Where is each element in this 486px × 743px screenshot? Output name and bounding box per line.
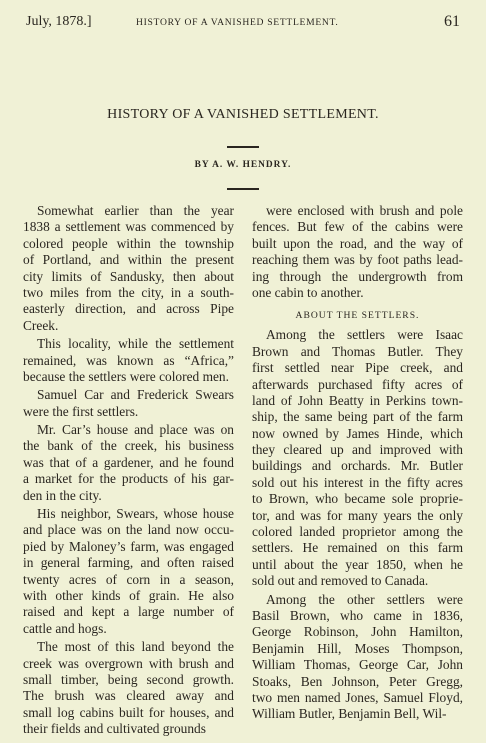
text-line: 1838 a settlement was commenced by xyxy=(23,219,234,235)
paragraph: Among the settlers were IsaacBrown and T… xyxy=(252,327,463,589)
paragraph: Somewhat earlier than the year1838 a set… xyxy=(23,203,234,334)
text-line: pied by Maloney’s farm, was engaged xyxy=(23,539,234,555)
text-line: with other kinds of grain. He also xyxy=(23,588,234,604)
text-line: built upon the road, and the way of xyxy=(252,236,463,252)
text-line: tor, and was for many years the only xyxy=(252,508,463,524)
text-line: buildings and orchards. Mr. Butler xyxy=(252,458,463,474)
text-line: one cabin to another. xyxy=(252,285,463,301)
text-line: fences. But few of the cabins were xyxy=(252,219,463,235)
left-column: Somewhat earlier than the year1838 a set… xyxy=(23,203,234,738)
text-line: Stoaks, Ben Johnson, Peter Gregg, xyxy=(252,674,463,690)
paragraph: Mr. Car’s house and place was onthe bank… xyxy=(23,422,234,504)
running-head: July, 1878.] HISTORY OF A VANISHED SETTL… xyxy=(26,12,460,32)
article-title: HISTORY OF A VANISHED SETTLEMENT. xyxy=(0,107,486,123)
text-line: remained, was known as “Africa,” xyxy=(23,353,234,369)
text-line: were the first settlers. xyxy=(23,404,234,420)
text-line: cattle and hogs. xyxy=(23,621,234,637)
text-line: now owned by James Hinde, which xyxy=(252,426,463,442)
text-line: small timber, being second growth. xyxy=(23,672,234,688)
text-line: two men named Jones, Samuel Floyd, xyxy=(252,690,463,706)
text-line: in general farming, and often raised xyxy=(23,555,234,571)
text-line: they cleared up and improved with xyxy=(252,442,463,458)
text-line: colored people within the township xyxy=(23,236,234,252)
paragraph: This locality, while the settlementremai… xyxy=(23,336,234,385)
text-line: ship, the same being part of the farm xyxy=(252,409,463,425)
divider-rule xyxy=(227,146,259,148)
page-number: 61 xyxy=(444,13,460,31)
section-body: Among the settlers were IsaacBrown and T… xyxy=(252,327,463,722)
text-line: Samuel Car and Frederick Swears xyxy=(23,387,234,403)
text-line: Creek. xyxy=(23,318,234,334)
right-column: were enclosed with brush and polefences.… xyxy=(252,203,463,723)
text-line: colored landed proprietor among the xyxy=(252,524,463,540)
text-line: creek was overgrown with brush and xyxy=(23,656,234,672)
text-line: were enclosed with brush and pole xyxy=(252,203,463,219)
text-line: small log cabins built for houses, and xyxy=(23,705,234,721)
text-line: Somewhat earlier than the year xyxy=(23,203,234,219)
text-line: settlers. He remained on this farm xyxy=(252,540,463,556)
section-subheading: ABOUT THE SETTLERS. xyxy=(252,305,463,327)
running-title: HISTORY OF A VANISHED SETTLEMENT. xyxy=(136,17,338,28)
text-line: of Portland, and within the present xyxy=(23,252,234,268)
text-line: Among the other settlers were xyxy=(252,592,463,608)
text-line: two miles from the city, in a south- xyxy=(23,285,234,301)
text-line: den in the city. xyxy=(23,488,234,504)
text-line: a market for the products of his gar- xyxy=(23,471,234,487)
text-line: Mr. Car’s house and place was on xyxy=(23,422,234,438)
scanned-page: July, 1878.] HISTORY OF A VANISHED SETTL… xyxy=(0,0,486,743)
text-line: sold out and removed to Canada. xyxy=(252,573,463,589)
text-line: William Butler, Benjamin Bell, Wil- xyxy=(252,706,463,722)
text-line: Benjamin Hill, Moses Thompson, xyxy=(252,641,463,657)
text-line: and place was on the land now occu- xyxy=(23,522,234,538)
text-line: until about the year 1850, when he xyxy=(252,557,463,573)
paragraph: Samuel Car and Frederick Swearswere the … xyxy=(23,387,234,420)
text-line: easterly direction, and across Pipe xyxy=(23,301,234,317)
text-line: first settled near Pipe creek, and xyxy=(252,360,463,376)
paragraph: Among the other settlers wereBasil Brown… xyxy=(252,592,463,723)
byline: BY A. W. HENDRY. xyxy=(0,160,486,170)
paragraph: The most of this land beyond thecreek wa… xyxy=(23,639,234,737)
text-line: afterwards purchased fifty acres of xyxy=(252,377,463,393)
text-line: ing through the undergrowth from xyxy=(252,269,463,285)
text-line: George Robinson, John Hamilton, xyxy=(252,624,463,640)
text-line: sold out his interest in the fifty acres xyxy=(252,475,463,491)
text-line: His neighbor, Swears, whose house xyxy=(23,506,234,522)
issue-date: July, 1878.] xyxy=(26,14,92,30)
text-line: William Thomas, George Car, John xyxy=(252,657,463,673)
text-line: to Brown, who became sole proprie- xyxy=(252,491,463,507)
text-line: The brush was cleared away and xyxy=(23,688,234,704)
text-line: This locality, while the settlement xyxy=(23,336,234,352)
text-line: city limits of Sandusky, then about xyxy=(23,269,234,285)
paragraph: were enclosed with brush and polefences.… xyxy=(252,203,463,301)
text-line: the bank of the creek, his business xyxy=(23,438,234,454)
text-line: reaching them was by foot paths lead- xyxy=(252,252,463,268)
text-line: because the settlers were colored men. xyxy=(23,369,234,385)
text-line: Basil Brown, who came in 1836, xyxy=(252,608,463,624)
paragraph: His neighbor, Swears, whose houseand pla… xyxy=(23,506,234,637)
divider-rule xyxy=(227,188,259,190)
text-line: their fields and cultivated grounds xyxy=(23,721,234,737)
text-line: land of John Beatty in Perkins town- xyxy=(252,393,463,409)
text-line: Among the settlers were Isaac xyxy=(252,327,463,343)
text-line: twenty acres of corn in a season, xyxy=(23,572,234,588)
text-line: was that of a gardener, and he found xyxy=(23,455,234,471)
text-line: raised and kept a large number of xyxy=(23,604,234,620)
text-line: Brown and Thomas Butler. They xyxy=(252,344,463,360)
text-line: The most of this land beyond the xyxy=(23,639,234,655)
